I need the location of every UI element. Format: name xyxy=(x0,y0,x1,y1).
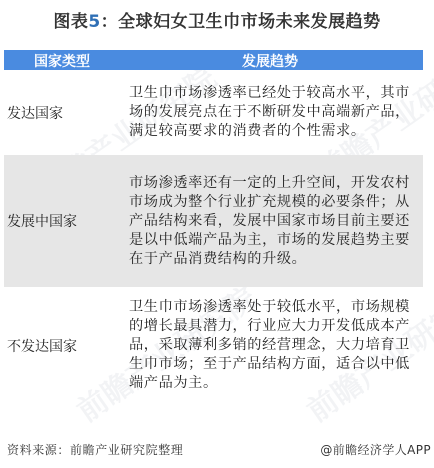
title-text: ：全球妇女卫生巾市场未来发展趋势 xyxy=(101,12,381,32)
figure-title: 图表5：全球妇女卫生巾市场未来发展趋势 xyxy=(0,7,434,32)
source-note: 资料来源：前瞻产业研究院整理 xyxy=(7,441,183,458)
table-row: 发达国家 卫生巾市场渗透率已经处于较高水平，其市场的发展亮点在于不断研发中高端新… xyxy=(4,70,423,155)
trend-cell: 卫生巾市场渗透率已经处于较高水平，其市场的发展亮点在于不断研发中高端新产品，满足… xyxy=(129,84,419,141)
table-row: 发展中国家 市场渗透率还有一定的上升空间，开发农村市场成为整个行业扩充规模的必要… xyxy=(4,155,423,287)
country-type-cell: 发展中国家 xyxy=(4,211,129,231)
country-type-cell: 发达国家 xyxy=(4,103,129,123)
country-type-cell: 不发达国家 xyxy=(4,287,129,356)
header-country-type: 国家类型 xyxy=(34,51,90,71)
trend-cell: 卫生巾市场渗透率处于较低水平，市场规模的增长最具潜力，行业应大力开发低成本产品，… xyxy=(129,287,419,393)
header-trend: 发展趋势 xyxy=(242,51,298,71)
credit-note: @前瞻经济学人APP xyxy=(320,441,431,458)
trend-table: 国家类型 发展趋势 发达国家 卫生巾市场渗透率已经处于较高水平，其市场的发展亮点… xyxy=(4,50,423,427)
title-prefix: 图表 xyxy=(53,12,88,32)
table-row: 不发达国家 卫生巾市场渗透率处于较低水平，市场规模的增长最具潜力，行业应大力开发… xyxy=(4,287,423,427)
title-number: 5 xyxy=(88,12,100,32)
trend-cell: 市场渗透率还有一定的上升空间，开发农村市场成为整个行业扩充规模的必要条件；从产品… xyxy=(129,174,419,269)
table-header: 国家类型 发展趋势 xyxy=(4,50,423,70)
